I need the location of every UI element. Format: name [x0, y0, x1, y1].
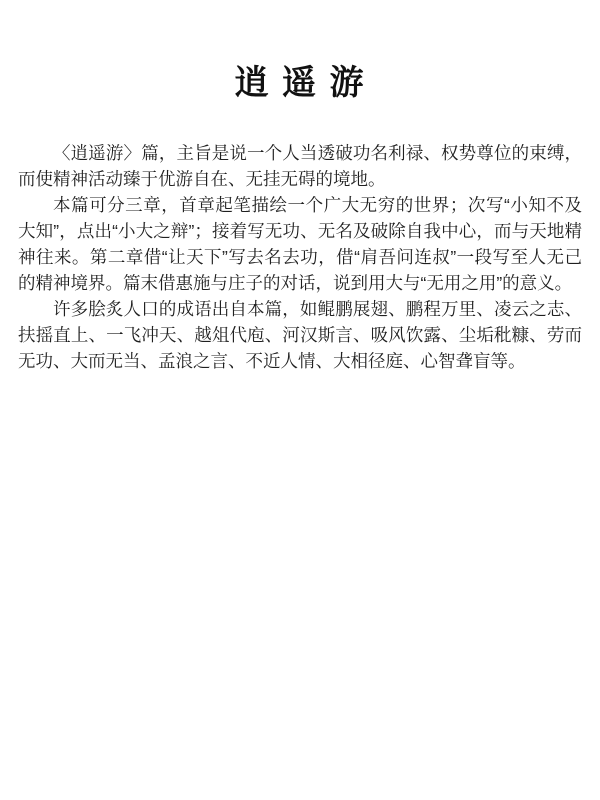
paragraph-summary: 〈逍遥游〉篇，主旨是说一个人当透破功名利禄、权势尊位的束缚，而使精神活动臻于优游… [18, 140, 582, 192]
page-title: 逍 遥 游 [0, 0, 600, 106]
paragraph-structure: 本篇可分三章，首章起笔描绘一个广大无穷的世界；次写“小知不及大知”，点出“小大之… [18, 192, 582, 296]
document-page: 逍 遥 游 〈逍遥游〉篇，主旨是说一个人当透破功名利禄、权势尊位的束缚，而使精神… [0, 0, 600, 800]
document-body: 〈逍遥游〉篇，主旨是说一个人当透破功名利禄、权势尊位的束缚，而使精神活动臻于优游… [0, 140, 600, 374]
paragraph-idioms: 许多脍炙人口的成语出自本篇，如鲲鹏展翅、鹏程万里、凌云之志、扶摇直上、一飞冲天、… [18, 296, 582, 374]
